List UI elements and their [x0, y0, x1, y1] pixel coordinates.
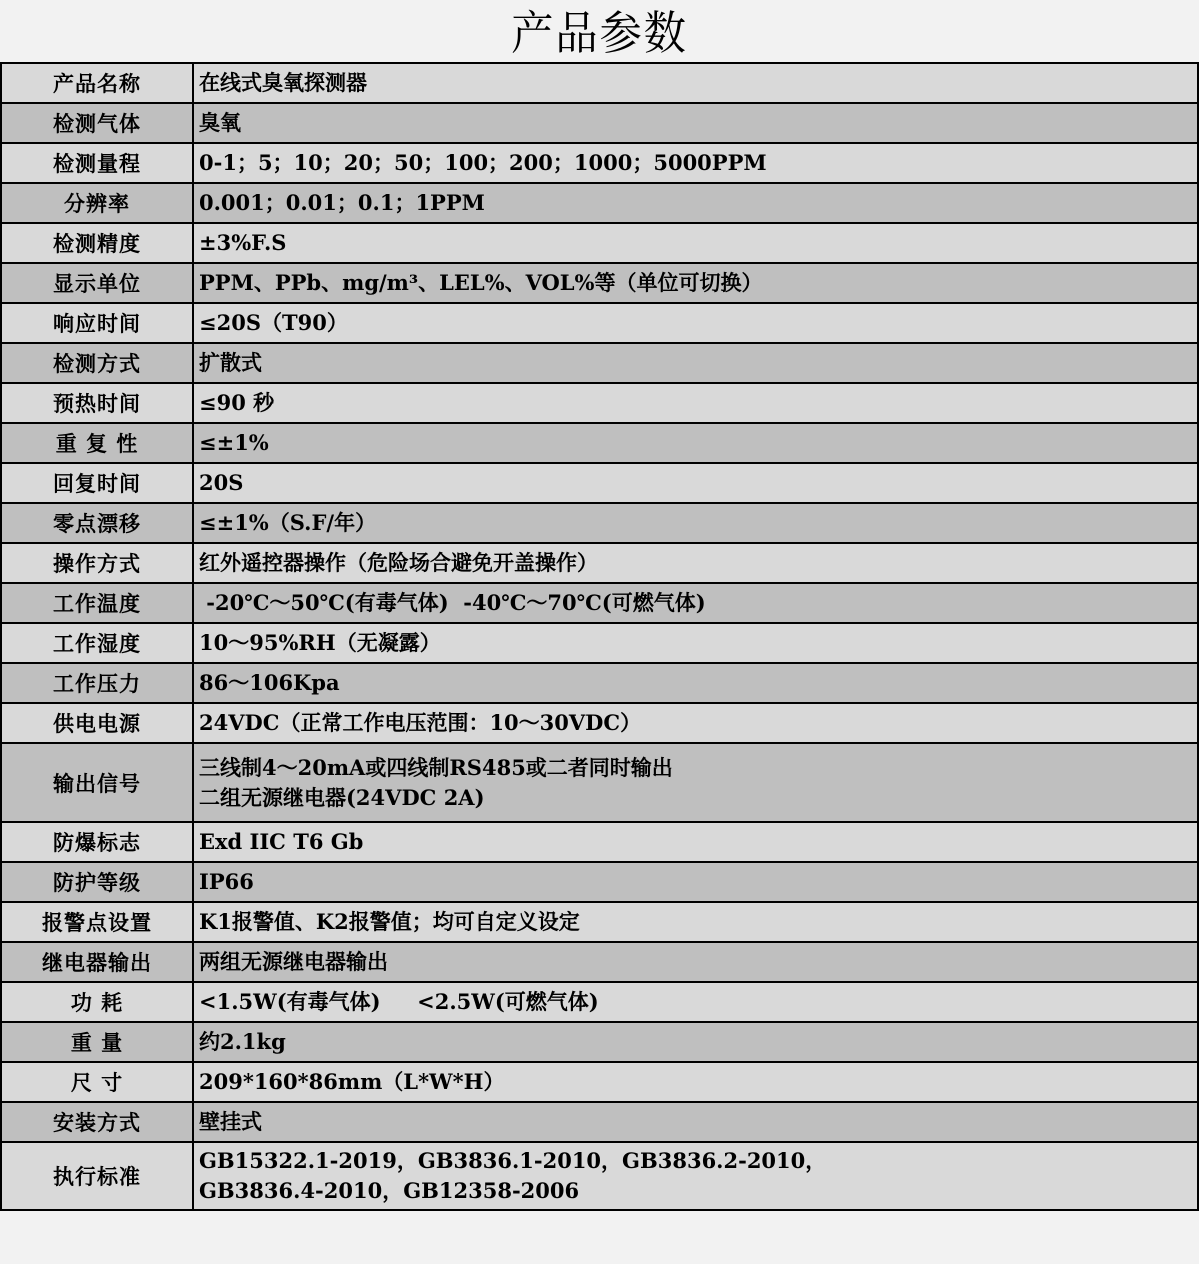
spec-table: 产品名称在线式臭氧探测器检测气体臭氧检测量程0-1；5；10；20；50；100… — [0, 62, 1199, 1211]
spec-label: 重 复 性 — [1, 423, 193, 463]
spec-value-line: ≤90 秒 — [199, 388, 1197, 418]
spec-value-line: 0-1；5；10；20；50；100；200；1000；5000PPM — [199, 148, 1197, 178]
spec-value: ≤±1%（S.F/年） — [193, 503, 1198, 543]
spec-value-line: 红外遥控器操作（危险场合避免开盖操作） — [199, 548, 1197, 578]
table-row: 操作方式红外遥控器操作（危险场合避免开盖操作） — [1, 543, 1198, 583]
table-row: 检测方式扩散式 — [1, 343, 1198, 383]
spec-value: ≤±1% — [193, 423, 1198, 463]
spec-value: 扩散式 — [193, 343, 1198, 383]
table-row: 安装方式壁挂式 — [1, 1102, 1198, 1142]
spec-value: 在线式臭氧探测器 — [193, 63, 1198, 103]
spec-label: 防护等级 — [1, 862, 193, 902]
table-row: 重 复 性≤±1% — [1, 423, 1198, 463]
spec-value-line: GB3836.4-2010，GB12358-2006 — [199, 1176, 1197, 1206]
spec-value: 20S — [193, 463, 1198, 503]
table-row: 工作温度 -20℃～50℃(有毒气体) -40℃～70℃(可燃气体) — [1, 583, 1198, 623]
spec-label: 继电器输出 — [1, 942, 193, 982]
spec-label: 检测气体 — [1, 103, 193, 143]
spec-value: 三线制4～20mA或四线制RS485或二者同时输出二组无源继电器(24VDC 2… — [193, 743, 1198, 822]
spec-label: 产品名称 — [1, 63, 193, 103]
table-row: 检测精度±3%F.S — [1, 223, 1198, 263]
spec-value-line: 两组无源继电器输出 — [199, 947, 1197, 977]
spec-value-line: ≤±1% — [199, 428, 1197, 458]
table-row: 输出信号三线制4～20mA或四线制RS485或二者同时输出二组无源继电器(24V… — [1, 743, 1198, 822]
spec-value-line: 臭氧 — [199, 108, 1197, 138]
table-row: 回复时间20S — [1, 463, 1198, 503]
spec-label: 工作湿度 — [1, 623, 193, 663]
spec-value: 0.001；0.01；0.1；1PPM — [193, 183, 1198, 223]
spec-value: 红外遥控器操作（危险场合避免开盖操作） — [193, 543, 1198, 583]
spec-value-line: 209*160*86mm（L*W*H） — [199, 1067, 1197, 1097]
page-title: 产品参数 — [48, 0, 1151, 62]
spec-value: 0-1；5；10；20；50；100；200；1000；5000PPM — [193, 143, 1198, 183]
spec-label: 重 量 — [1, 1022, 193, 1062]
spec-value: K1报警值、K2报警值；均可自定义设定 — [193, 902, 1198, 942]
spec-label: 检测量程 — [1, 143, 193, 183]
spec-label: 零点漂移 — [1, 503, 193, 543]
table-row: 防护等级IP66 — [1, 862, 1198, 902]
spec-label: 响应时间 — [1, 303, 193, 343]
table-row: 执行标准GB15322.1-2019，GB3836.1-2010，GB3836.… — [1, 1142, 1198, 1210]
spec-value-line: ±3%F.S — [199, 228, 1197, 258]
spec-label: 工作温度 — [1, 583, 193, 623]
spec-value-line: 约2.1kg — [199, 1027, 1197, 1057]
spec-value: <1.5W(有毒气体) <2.5W(可燃气体) — [193, 982, 1198, 1022]
spec-value-line: 24VDC（正常工作电压范围：10～30VDC） — [199, 708, 1197, 738]
spec-label: 安装方式 — [1, 1102, 193, 1142]
spec-label: 检测精度 — [1, 223, 193, 263]
spec-value: 10～95%RH（无凝露） — [193, 623, 1198, 663]
table-row: 尺 寸209*160*86mm（L*W*H） — [1, 1062, 1198, 1102]
spec-value-line: 壁挂式 — [199, 1107, 1197, 1137]
table-row: 继电器输出两组无源继电器输出 — [1, 942, 1198, 982]
spec-value-line: Exd IIC T6 Gb — [199, 827, 1197, 857]
table-row: 检测气体臭氧 — [1, 103, 1198, 143]
spec-label: 预热时间 — [1, 383, 193, 423]
spec-label: 尺 寸 — [1, 1062, 193, 1102]
spec-value-line: PPM、PPb、mg/m³、LEL%、VOL%等（单位可切换） — [199, 268, 1197, 298]
spec-value: 24VDC（正常工作电压范围：10～30VDC） — [193, 703, 1198, 743]
spec-value: -20℃～50℃(有毒气体) -40℃～70℃(可燃气体) — [193, 583, 1198, 623]
spec-value: ≤90 秒 — [193, 383, 1198, 423]
spec-value-line: 10～95%RH（无凝露） — [199, 628, 1197, 658]
spec-value-line: GB15322.1-2019，GB3836.1-2010，GB3836.2-20… — [199, 1146, 1197, 1176]
spec-label: 输出信号 — [1, 743, 193, 822]
spec-label: 报警点设置 — [1, 902, 193, 942]
spec-value-line: <1.5W(有毒气体) <2.5W(可燃气体) — [199, 987, 1197, 1017]
spec-value: 约2.1kg — [193, 1022, 1198, 1062]
spec-value: 臭氧 — [193, 103, 1198, 143]
spec-value: ±3%F.S — [193, 223, 1198, 263]
table-row: 工作压力86～106Kpa — [1, 663, 1198, 703]
table-row: 零点漂移≤±1%（S.F/年） — [1, 503, 1198, 543]
spec-value: 209*160*86mm（L*W*H） — [193, 1062, 1198, 1102]
spec-value-line: 二组无源继电器(24VDC 2A) — [199, 783, 1197, 813]
table-row: 检测量程0-1；5；10；20；50；100；200；1000；5000PPM — [1, 143, 1198, 183]
table-row: 报警点设置K1报警值、K2报警值；均可自定义设定 — [1, 902, 1198, 942]
spec-label: 显示单位 — [1, 263, 193, 303]
spec-value-line: ≤20S（T90） — [199, 308, 1197, 338]
table-row: 显示单位PPM、PPb、mg/m³、LEL%、VOL%等（单位可切换） — [1, 263, 1198, 303]
spec-value: PPM、PPb、mg/m³、LEL%、VOL%等（单位可切换） — [193, 263, 1198, 303]
spec-label: 供电电源 — [1, 703, 193, 743]
spec-label: 功 耗 — [1, 982, 193, 1022]
table-row: 工作湿度10～95%RH（无凝露） — [1, 623, 1198, 663]
spec-value-line: 20S — [199, 468, 1197, 498]
spec-label: 执行标准 — [1, 1142, 193, 1210]
spec-value-line: K1报警值、K2报警值；均可自定义设定 — [199, 907, 1197, 937]
spec-label: 防爆标志 — [1, 822, 193, 862]
spec-value-line: -20℃～50℃(有毒气体) -40℃～70℃(可燃气体) — [199, 588, 1197, 618]
spec-value-line: 0.001；0.01；0.1；1PPM — [199, 188, 1197, 218]
spec-value-line: 三线制4～20mA或四线制RS485或二者同时输出 — [199, 753, 1197, 783]
table-row: 供电电源24VDC（正常工作电压范围：10～30VDC） — [1, 703, 1198, 743]
spec-value-line: ≤±1%（S.F/年） — [199, 508, 1197, 538]
spec-value-line: 在线式臭氧探测器 — [199, 68, 1197, 98]
spec-value-line: IP66 — [199, 867, 1197, 897]
table-row: 产品名称在线式臭氧探测器 — [1, 63, 1198, 103]
spec-value: 壁挂式 — [193, 1102, 1198, 1142]
table-row: 响应时间≤20S（T90） — [1, 303, 1198, 343]
spec-value-line: 86～106Kpa — [199, 668, 1197, 698]
spec-value: IP66 — [193, 862, 1198, 902]
table-row: 重 量约2.1kg — [1, 1022, 1198, 1062]
spec-table-body: 产品名称在线式臭氧探测器检测气体臭氧检测量程0-1；5；10；20；50；100… — [1, 63, 1198, 1210]
spec-value: Exd IIC T6 Gb — [193, 822, 1198, 862]
table-row: 功 耗<1.5W(有毒气体) <2.5W(可燃气体) — [1, 982, 1198, 1022]
table-row: 预热时间≤90 秒 — [1, 383, 1198, 423]
spec-value: ≤20S（T90） — [193, 303, 1198, 343]
spec-label: 回复时间 — [1, 463, 193, 503]
spec-value: GB15322.1-2019，GB3836.1-2010，GB3836.2-20… — [193, 1142, 1198, 1210]
spec-label: 操作方式 — [1, 543, 193, 583]
spec-value: 86～106Kpa — [193, 663, 1198, 703]
spec-label: 分辨率 — [1, 183, 193, 223]
spec-label: 检测方式 — [1, 343, 193, 383]
spec-value-line: 扩散式 — [199, 348, 1197, 378]
spec-value: 两组无源继电器输出 — [193, 942, 1198, 982]
spec-label: 工作压力 — [1, 663, 193, 703]
table-row: 防爆标志Exd IIC T6 Gb — [1, 822, 1198, 862]
table-row: 分辨率0.001；0.01；0.1；1PPM — [1, 183, 1198, 223]
